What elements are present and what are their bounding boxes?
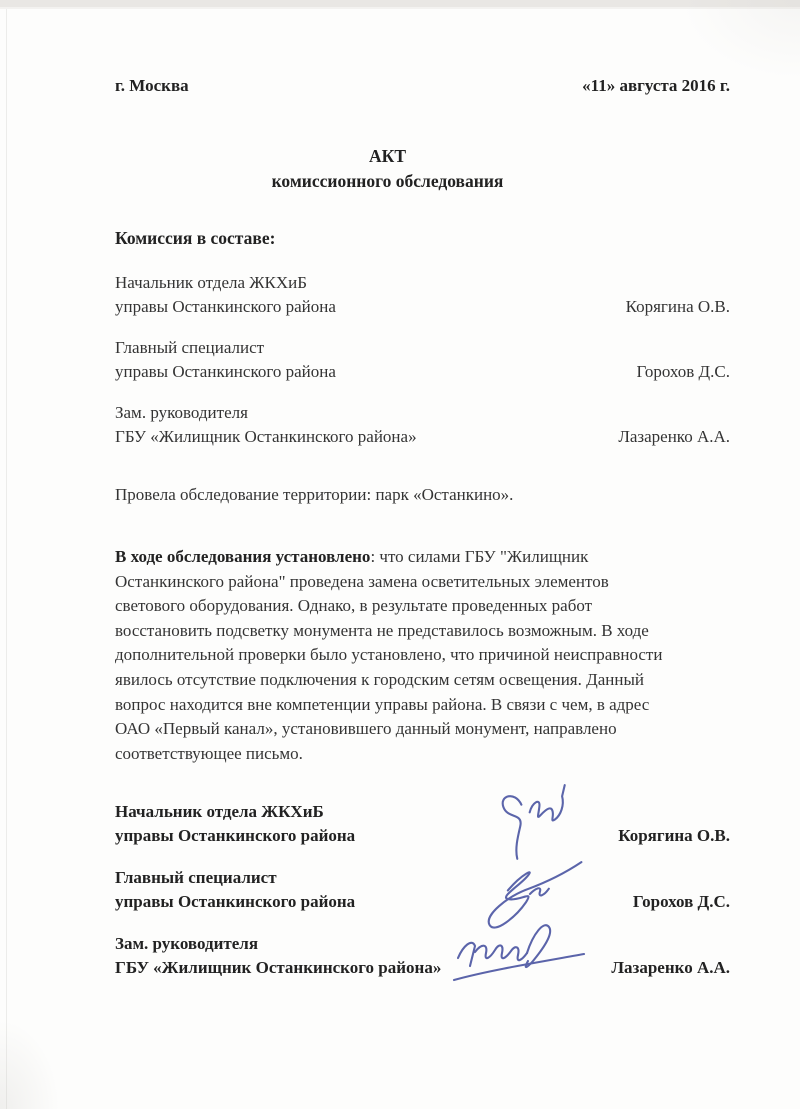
signer-title-line2: управы Останкинского района: [115, 890, 355, 914]
survey-statement: Провела обследование территории: парк «О…: [115, 485, 730, 505]
document-title: АКТ комиссионного обследования: [80, 144, 695, 194]
findings-line: соответствующее письмо.: [115, 742, 730, 767]
member-title-line2: управы Останкинского района: [115, 295, 336, 319]
member-title: Зам. руководителя ГБУ «Жилищник Останкин…: [115, 401, 417, 449]
member-name: Горохов Д.С.: [637, 360, 730, 384]
member-title-line2: управы Останкинского района: [115, 360, 336, 384]
commission-heading: Комиссия в составе:: [115, 228, 730, 249]
city-label: г. Москва: [115, 76, 189, 96]
member-name: Лазаренко А.А.: [618, 425, 730, 449]
findings-line: вопрос находится вне компетенции управы …: [115, 693, 730, 718]
member-title-line1: Начальник отдела ЖКХиБ: [115, 271, 336, 295]
signer-title-line2: управы Останкинского района: [115, 824, 355, 848]
signer-title-line1: Начальник отдела ЖКХиБ: [115, 800, 355, 824]
signature-row-3: Зам. руководителя ГБУ «Жилищник Останкин…: [115, 932, 730, 980]
findings-line: восстановить подсветку монумента не пред…: [115, 619, 730, 644]
signer-title: Главный специалист управы Останкинского …: [115, 866, 355, 914]
findings-lead-rest: : что силами ГБУ "Жилищник: [370, 547, 588, 566]
signer-title-line1: Главный специалист: [115, 866, 355, 890]
document-title-line1: АКТ: [80, 144, 695, 169]
findings-line: светового оборудования. Однако, в резуль…: [115, 594, 730, 619]
signer-name: Корягина О.В.: [618, 824, 730, 848]
signer-name: Лазаренко А.А.: [611, 956, 730, 980]
findings-line: ОАО «Первый канал», установившего данный…: [115, 717, 730, 742]
findings-lead-bold: В ходе обследования установлено: [115, 547, 370, 566]
member-title-line1: Зам. руководителя: [115, 401, 417, 425]
findings-line: Останкинского района" проведена замена о…: [115, 570, 730, 595]
signer-title-line2: ГБУ «Жилищник Останкинского района»: [115, 956, 441, 980]
signer-title: Начальник отдела ЖКХиБ управы Останкинск…: [115, 800, 355, 848]
signature-row-1: Начальник отдела ЖКХиБ управы Останкинск…: [115, 800, 730, 848]
member-title: Главный специалист управы Останкинского …: [115, 336, 336, 384]
findings-line: явилось отсутствие подключения к городск…: [115, 668, 730, 693]
document-page: г. Москва «11» августа 2016 г. АКТ комис…: [0, 0, 800, 1109]
document-title-line2: комиссионного обследования: [80, 169, 695, 194]
header-row: г. Москва «11» августа 2016 г.: [115, 76, 730, 96]
member-title-line2: ГБУ «Жилищник Останкинского района»: [115, 425, 417, 449]
signature-row-2: Главный специалист управы Останкинского …: [115, 866, 730, 914]
member-name: Корягина О.В.: [626, 295, 730, 319]
signature-block: Начальник отдела ЖКХиБ управы Останкинск…: [115, 800, 730, 980]
signer-title-line1: Зам. руководителя: [115, 932, 441, 956]
findings-line: дополнительной проверки было установлено…: [115, 643, 730, 668]
commission-member-3: Зам. руководителя ГБУ «Жилищник Останкин…: [115, 401, 730, 449]
findings-paragraph: В ходе обследования установлено: что сил…: [115, 545, 730, 766]
member-title: Начальник отдела ЖКХиБ управы Останкинск…: [115, 271, 336, 319]
signer-name: Горохов Д.С.: [633, 890, 730, 914]
findings-line: В ходе обследования установлено: что сил…: [115, 545, 730, 570]
date-label: «11» августа 2016 г.: [582, 76, 730, 96]
signer-title: Зам. руководителя ГБУ «Жилищник Останкин…: [115, 932, 441, 980]
member-title-line1: Главный специалист: [115, 336, 336, 360]
commission-member-1: Начальник отдела ЖКХиБ управы Останкинск…: [115, 271, 730, 319]
commission-member-2: Главный специалист управы Останкинского …: [115, 336, 730, 384]
